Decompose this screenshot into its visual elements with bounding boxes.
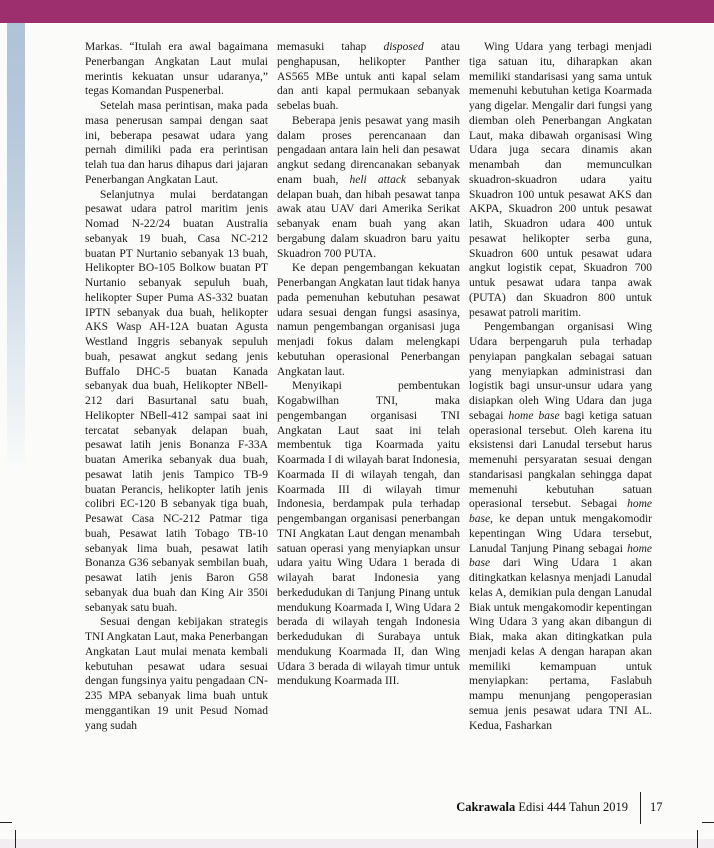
article-body: Markas. “Itulah era awal bagaimana Pener… xyxy=(85,40,652,733)
magazine-edition: Edisi 444 Tahun 2019 xyxy=(518,800,628,814)
paragraph: Pengembangan organisasi Wing Udara berpe… xyxy=(469,320,652,733)
crop-mark xyxy=(0,822,12,823)
paragraph: Wing Udara yang terbagi menjadi tiga sat… xyxy=(469,40,652,320)
paragraph: Sesuai dengan kebijakan strategis TNI An… xyxy=(85,615,268,733)
paragraph: Markas. “Itulah era awal bagaimana Pener… xyxy=(85,40,268,99)
scanned-page-edge xyxy=(7,23,25,473)
crop-mark xyxy=(15,830,16,848)
crop-mark xyxy=(702,822,714,823)
text-column-1: Markas. “Itulah era awal bagaimana Pener… xyxy=(85,40,268,733)
paragraph: Selanjutnya mulai berdatangan pesawat ud… xyxy=(85,188,268,616)
magazine-credit: Cakrawala Edisi 444 Tahun 2019 xyxy=(456,800,628,815)
magazine-accent-top-bar xyxy=(0,0,714,23)
crop-mark xyxy=(697,830,698,848)
paragraph: Ke depan pengembangan kekuatan Penerbang… xyxy=(277,261,460,379)
paragraph: Menyikapi pembentukan Kogabwilhan TNI, m… xyxy=(277,379,460,689)
text-column-2: memasuki tahap disposed atau penghapusan… xyxy=(277,40,460,733)
text-column-3: Wing Udara yang terbagi menjadi tiga sat… xyxy=(469,40,652,733)
footer-divider xyxy=(640,792,641,824)
page-number: 17 xyxy=(650,800,663,815)
magazine-title: Cakrawala xyxy=(456,800,515,814)
page-footer: Cakrawala Edisi 444 Tahun 2019 17 xyxy=(0,790,714,826)
paragraph: Setelah masa perintisan, maka pada masa … xyxy=(85,99,268,188)
page-bottom-strip xyxy=(0,839,714,848)
paragraph: Beberapa jenis pesawat yang masih dalam … xyxy=(277,114,460,262)
paragraph: memasuki tahap disposed atau penghapusan… xyxy=(277,40,460,114)
